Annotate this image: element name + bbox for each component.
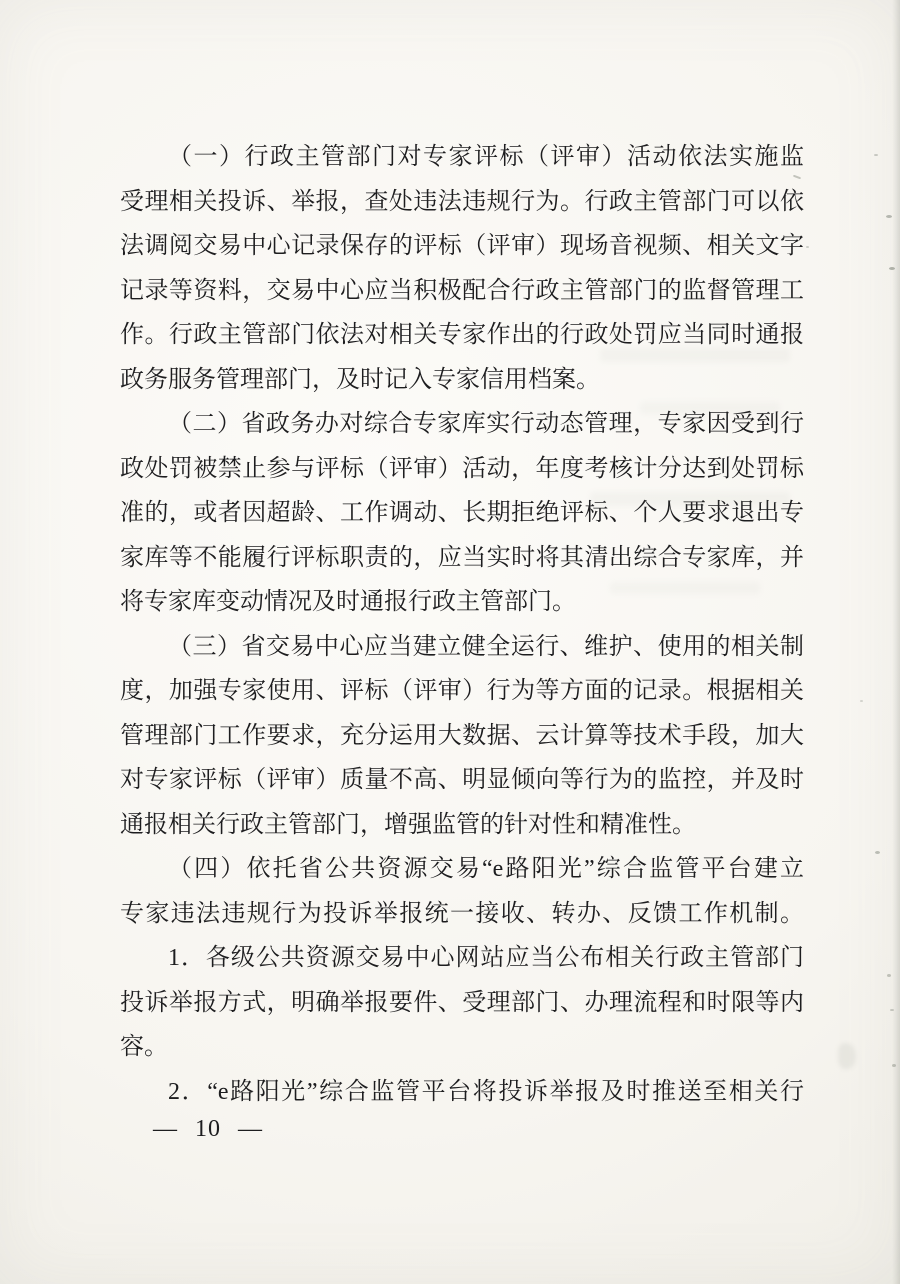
text-line: 家库等不能履行评标职责的，应当实时将其清出综合专家库，并	[120, 536, 804, 581]
text-line: 度，加强专家使用、评标（评审）行为等方面的记录。根据相关	[120, 669, 804, 714]
text-line: 容。	[120, 1025, 804, 1070]
text-line: 记录等资料，交易中心应当积极配合行政主管部门的监督管理工	[120, 269, 804, 314]
text-line: 法调阅交易中心记录保存的评标（评审）现场音视频、相关文字	[120, 224, 804, 269]
paragraph: 1．各级公共资源交易中心网站应当公布相关行政主管部门投诉举报方式，明确举报要件、…	[120, 936, 804, 1070]
paragraph: （四）依托省公共资源交易“e路阳光”综合监管平台建立专家违法违规行为投诉举报统一…	[120, 847, 804, 936]
scan-speck	[875, 851, 880, 854]
scan-speck	[806, 246, 809, 248]
bleedthrough-mark	[600, 348, 790, 362]
scan-speck	[874, 154, 878, 156]
text-line: 投诉举报方式，明确举报要件、受理部门、办理流程和时限等内	[120, 981, 804, 1026]
scan-speck	[887, 974, 891, 977]
text-line: 政处罚被禁止参与评标（评审）活动，年度考核计分达到处罚标	[120, 447, 804, 492]
scan-smudge	[838, 1043, 856, 1069]
text-line: （四）依托省公共资源交易“e路阳光”综合监管平台建立	[120, 847, 804, 892]
text-line: 2．“e路阳光”综合监管平台将投诉举报及时推送至相关行	[120, 1070, 804, 1115]
text-line: （三）省交易中心应当建立健全运行、维护、使用的相关制	[120, 625, 804, 670]
document-body: （一）行政主管部门对专家评标（评审）活动依法实施监督，受理相关投诉、举报，查处违…	[120, 135, 804, 1114]
text-line: 专家违法违规行为投诉举报统一接收、转办、反馈工作机制。	[120, 892, 804, 937]
document-page: （一）行政主管部门对专家评标（评审）活动依法实施监督，受理相关投诉、举报，查处违…	[0, 0, 900, 1284]
text-line: 受理相关投诉、举报，查处违法违规行为。行政主管部门可以依	[120, 180, 804, 225]
text-line: 政务服务管理部门，及时记入专家信用档案。	[120, 358, 804, 403]
page-edge-shadow	[892, 0, 900, 1284]
text-line: 通报相关行政主管部门，增强监管的针对性和精准性。	[120, 803, 804, 848]
text-line: 对专家评标（评审）质量不高、明显倾向等行为的监控，并及时	[120, 758, 804, 803]
scan-speck	[860, 700, 863, 702]
page-number: — 10 —	[153, 1114, 263, 1144]
bleedthrough-mark	[640, 402, 780, 414]
text-line: 管理部门工作要求，充分运用大数据、云计算等技术手段，加大	[120, 714, 804, 759]
text-line: 1．各级公共资源交易中心网站应当公布相关行政主管部门	[120, 936, 804, 981]
paragraph: （三）省交易中心应当建立健全运行、维护、使用的相关制度，加强专家使用、评标（评审…	[120, 625, 804, 848]
bleedthrough-mark	[610, 582, 760, 594]
paragraph: 2．“e路阳光”综合监管平台将投诉举报及时推送至相关行	[120, 1070, 804, 1115]
bleedthrough-mark	[590, 492, 790, 506]
text-line: （一）行政主管部门对专家评标（评审）活动依法实施监督，	[120, 135, 804, 180]
